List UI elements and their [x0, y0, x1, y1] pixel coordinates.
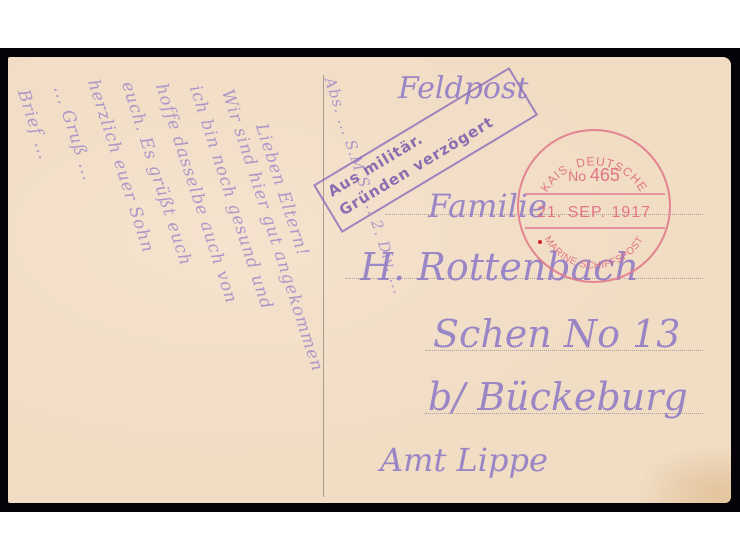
postcard: Lieben Eltern! Wir sind hier gut angekom… [8, 57, 731, 503]
address-line-4: b/ Bückeburg [428, 375, 688, 419]
message-line: Brief ... [13, 87, 55, 163]
postmark-circle: KAIS. DEUTSCHE MARINE-SCHIFFSPOST No 465… [517, 129, 671, 283]
svg-text:MARINE-SCHIFFSPOST: MARINE-SCHIFFSPOST [542, 234, 646, 271]
center-divider-line [323, 75, 324, 497]
number-value: 465 [590, 165, 620, 185]
address-line-3: Schen No 13 [433, 312, 680, 356]
red-ink-dot [538, 240, 542, 244]
postmark-bottom-arc: MARINE-SCHIFFSPOST [542, 234, 646, 271]
number-prefix: No [568, 168, 586, 184]
postmark-number: No 465 [519, 165, 669, 186]
postmark-date: 21. SEP. 1917 [519, 204, 669, 222]
postmark-bar-bottom [525, 227, 665, 229]
postmark-bar-top [525, 193, 665, 195]
address-line-5: Amt Lippe [380, 441, 548, 479]
